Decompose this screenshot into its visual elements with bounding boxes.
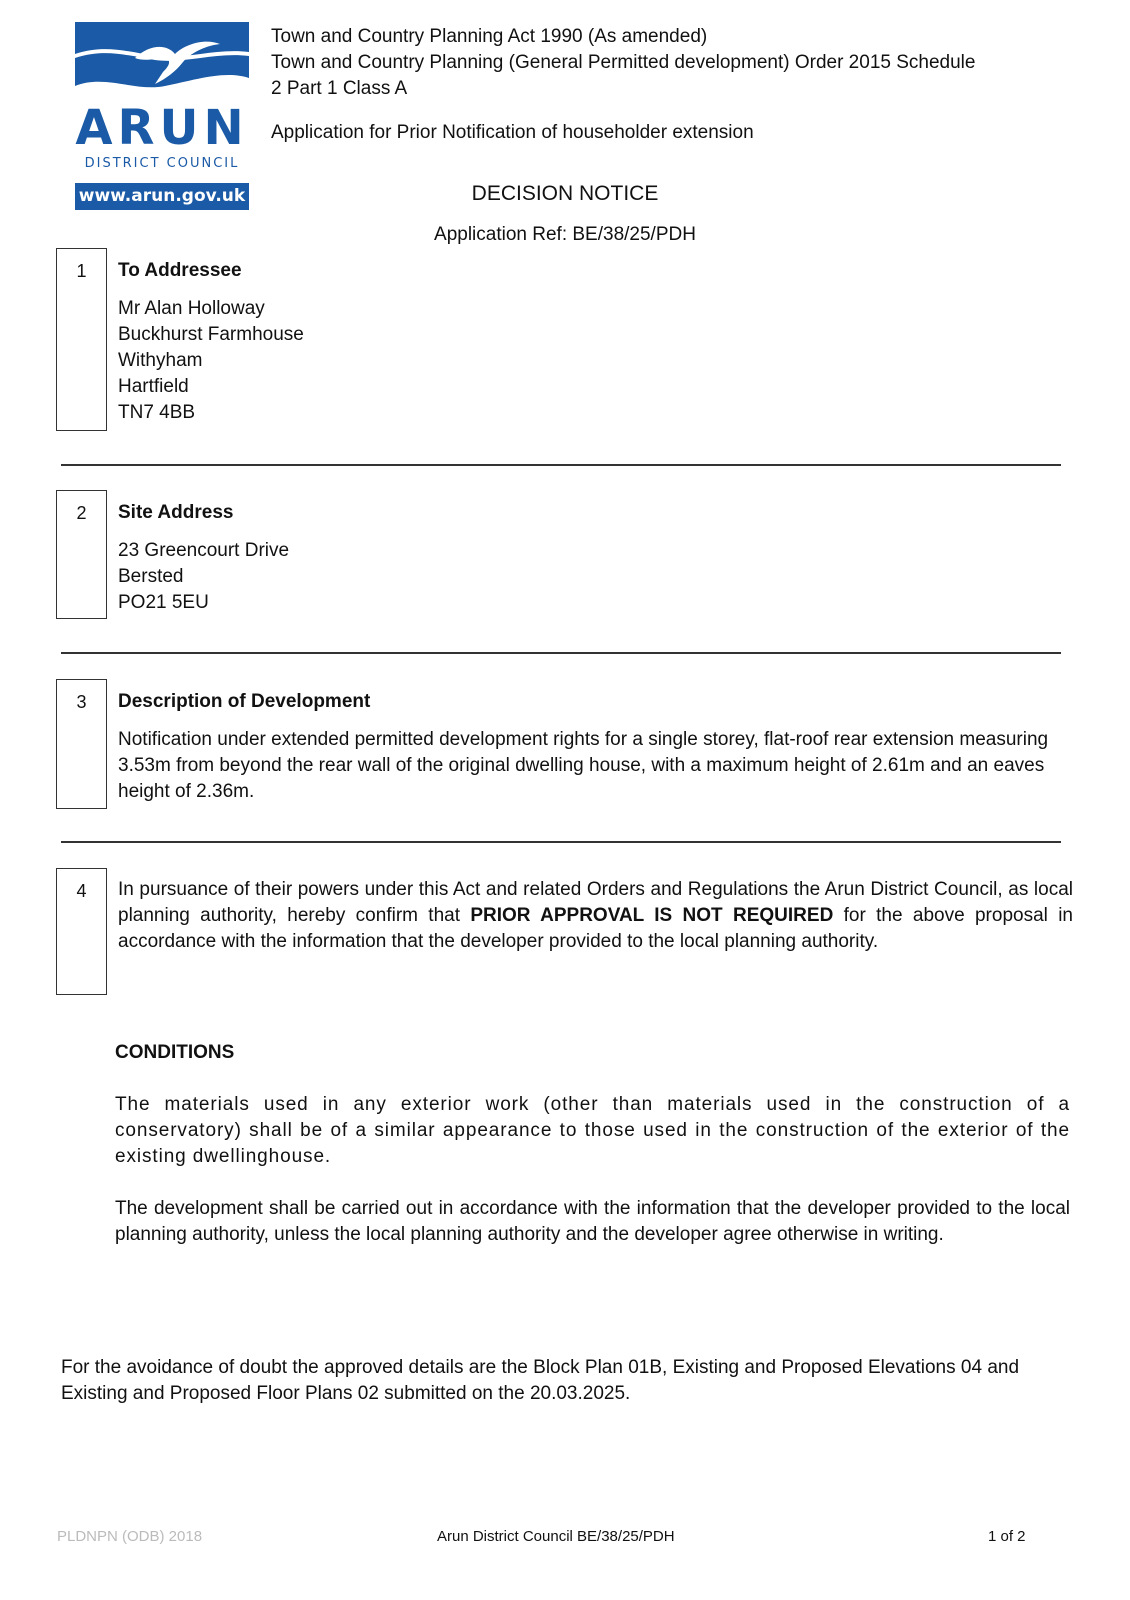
section-divider bbox=[61, 464, 1061, 466]
address-line: Hartfield bbox=[118, 374, 1073, 400]
condition-item: The materials used in any exterior work … bbox=[115, 1092, 1070, 1170]
conditions-heading: CONDITIONS bbox=[115, 1042, 234, 1064]
decision-outcome: PRIOR APPROVAL IS NOT REQUIRED bbox=[470, 905, 833, 926]
act-line: Town and Country Planning Act 1990 (As a… bbox=[271, 24, 1071, 50]
logo-subtitle: DISTRICT COUNCIL bbox=[75, 156, 249, 171]
section-divider bbox=[61, 652, 1061, 654]
address-line: Bersted bbox=[118, 564, 1073, 590]
section-number-box: 1 bbox=[56, 248, 107, 431]
section-site-address: Site Address 23 Greencourt Drive Bersted… bbox=[118, 500, 1073, 616]
section-divider bbox=[61, 841, 1061, 843]
seagull-waves-icon bbox=[75, 22, 249, 98]
section-decision: In pursuance of their powers under this … bbox=[118, 877, 1073, 955]
application-type: Application for Prior Notification of ho… bbox=[271, 120, 1071, 146]
section-heading: Site Address bbox=[118, 500, 1073, 526]
development-description: Notification under extended permitted de… bbox=[118, 727, 1073, 805]
approved-details-note: For the avoidance of doubt the approved … bbox=[61, 1355, 1061, 1407]
form-code: PLDNPN (ODB) 2018 bbox=[57, 1528, 202, 1545]
section-description: Description of Development Notification … bbox=[118, 689, 1073, 805]
address-line: PO21 5EU bbox=[118, 590, 1073, 616]
page-number: 1 of 2 bbox=[988, 1528, 1026, 1545]
section-addressee: To Addressee Mr Alan Holloway Buckhurst … bbox=[118, 258, 1073, 426]
footer-reference: Arun District Council BE/38/25/PDH bbox=[437, 1528, 675, 1545]
address-line: 23 Greencourt Drive bbox=[118, 538, 1073, 564]
logo-wordmark: ARUN bbox=[75, 104, 249, 152]
schedule-line: 2 Part 1 Class A bbox=[271, 76, 1071, 102]
decision-statement: In pursuance of their powers under this … bbox=[118, 877, 1073, 955]
order-line: Town and Country Planning (General Permi… bbox=[271, 50, 1071, 76]
section-number-box: 4 bbox=[56, 868, 107, 995]
address-line: Mr Alan Holloway bbox=[118, 296, 1073, 322]
address-line: Buckhurst Farmhouse bbox=[118, 322, 1073, 348]
section-number-box: 3 bbox=[56, 679, 107, 809]
legislation-header: Town and Country Planning Act 1990 (As a… bbox=[271, 24, 1071, 146]
section-heading: To Addressee bbox=[118, 258, 1073, 284]
section-heading: Description of Development bbox=[118, 689, 1073, 715]
document-title: DECISION NOTICE bbox=[0, 182, 1130, 206]
section-number-box: 2 bbox=[56, 490, 107, 619]
condition-item: The development shall be carried out in … bbox=[115, 1196, 1070, 1248]
address-line: Withyham bbox=[118, 348, 1073, 374]
application-reference: Application Ref: BE/38/25/PDH bbox=[0, 224, 1130, 246]
address-line: TN7 4BB bbox=[118, 400, 1073, 426]
